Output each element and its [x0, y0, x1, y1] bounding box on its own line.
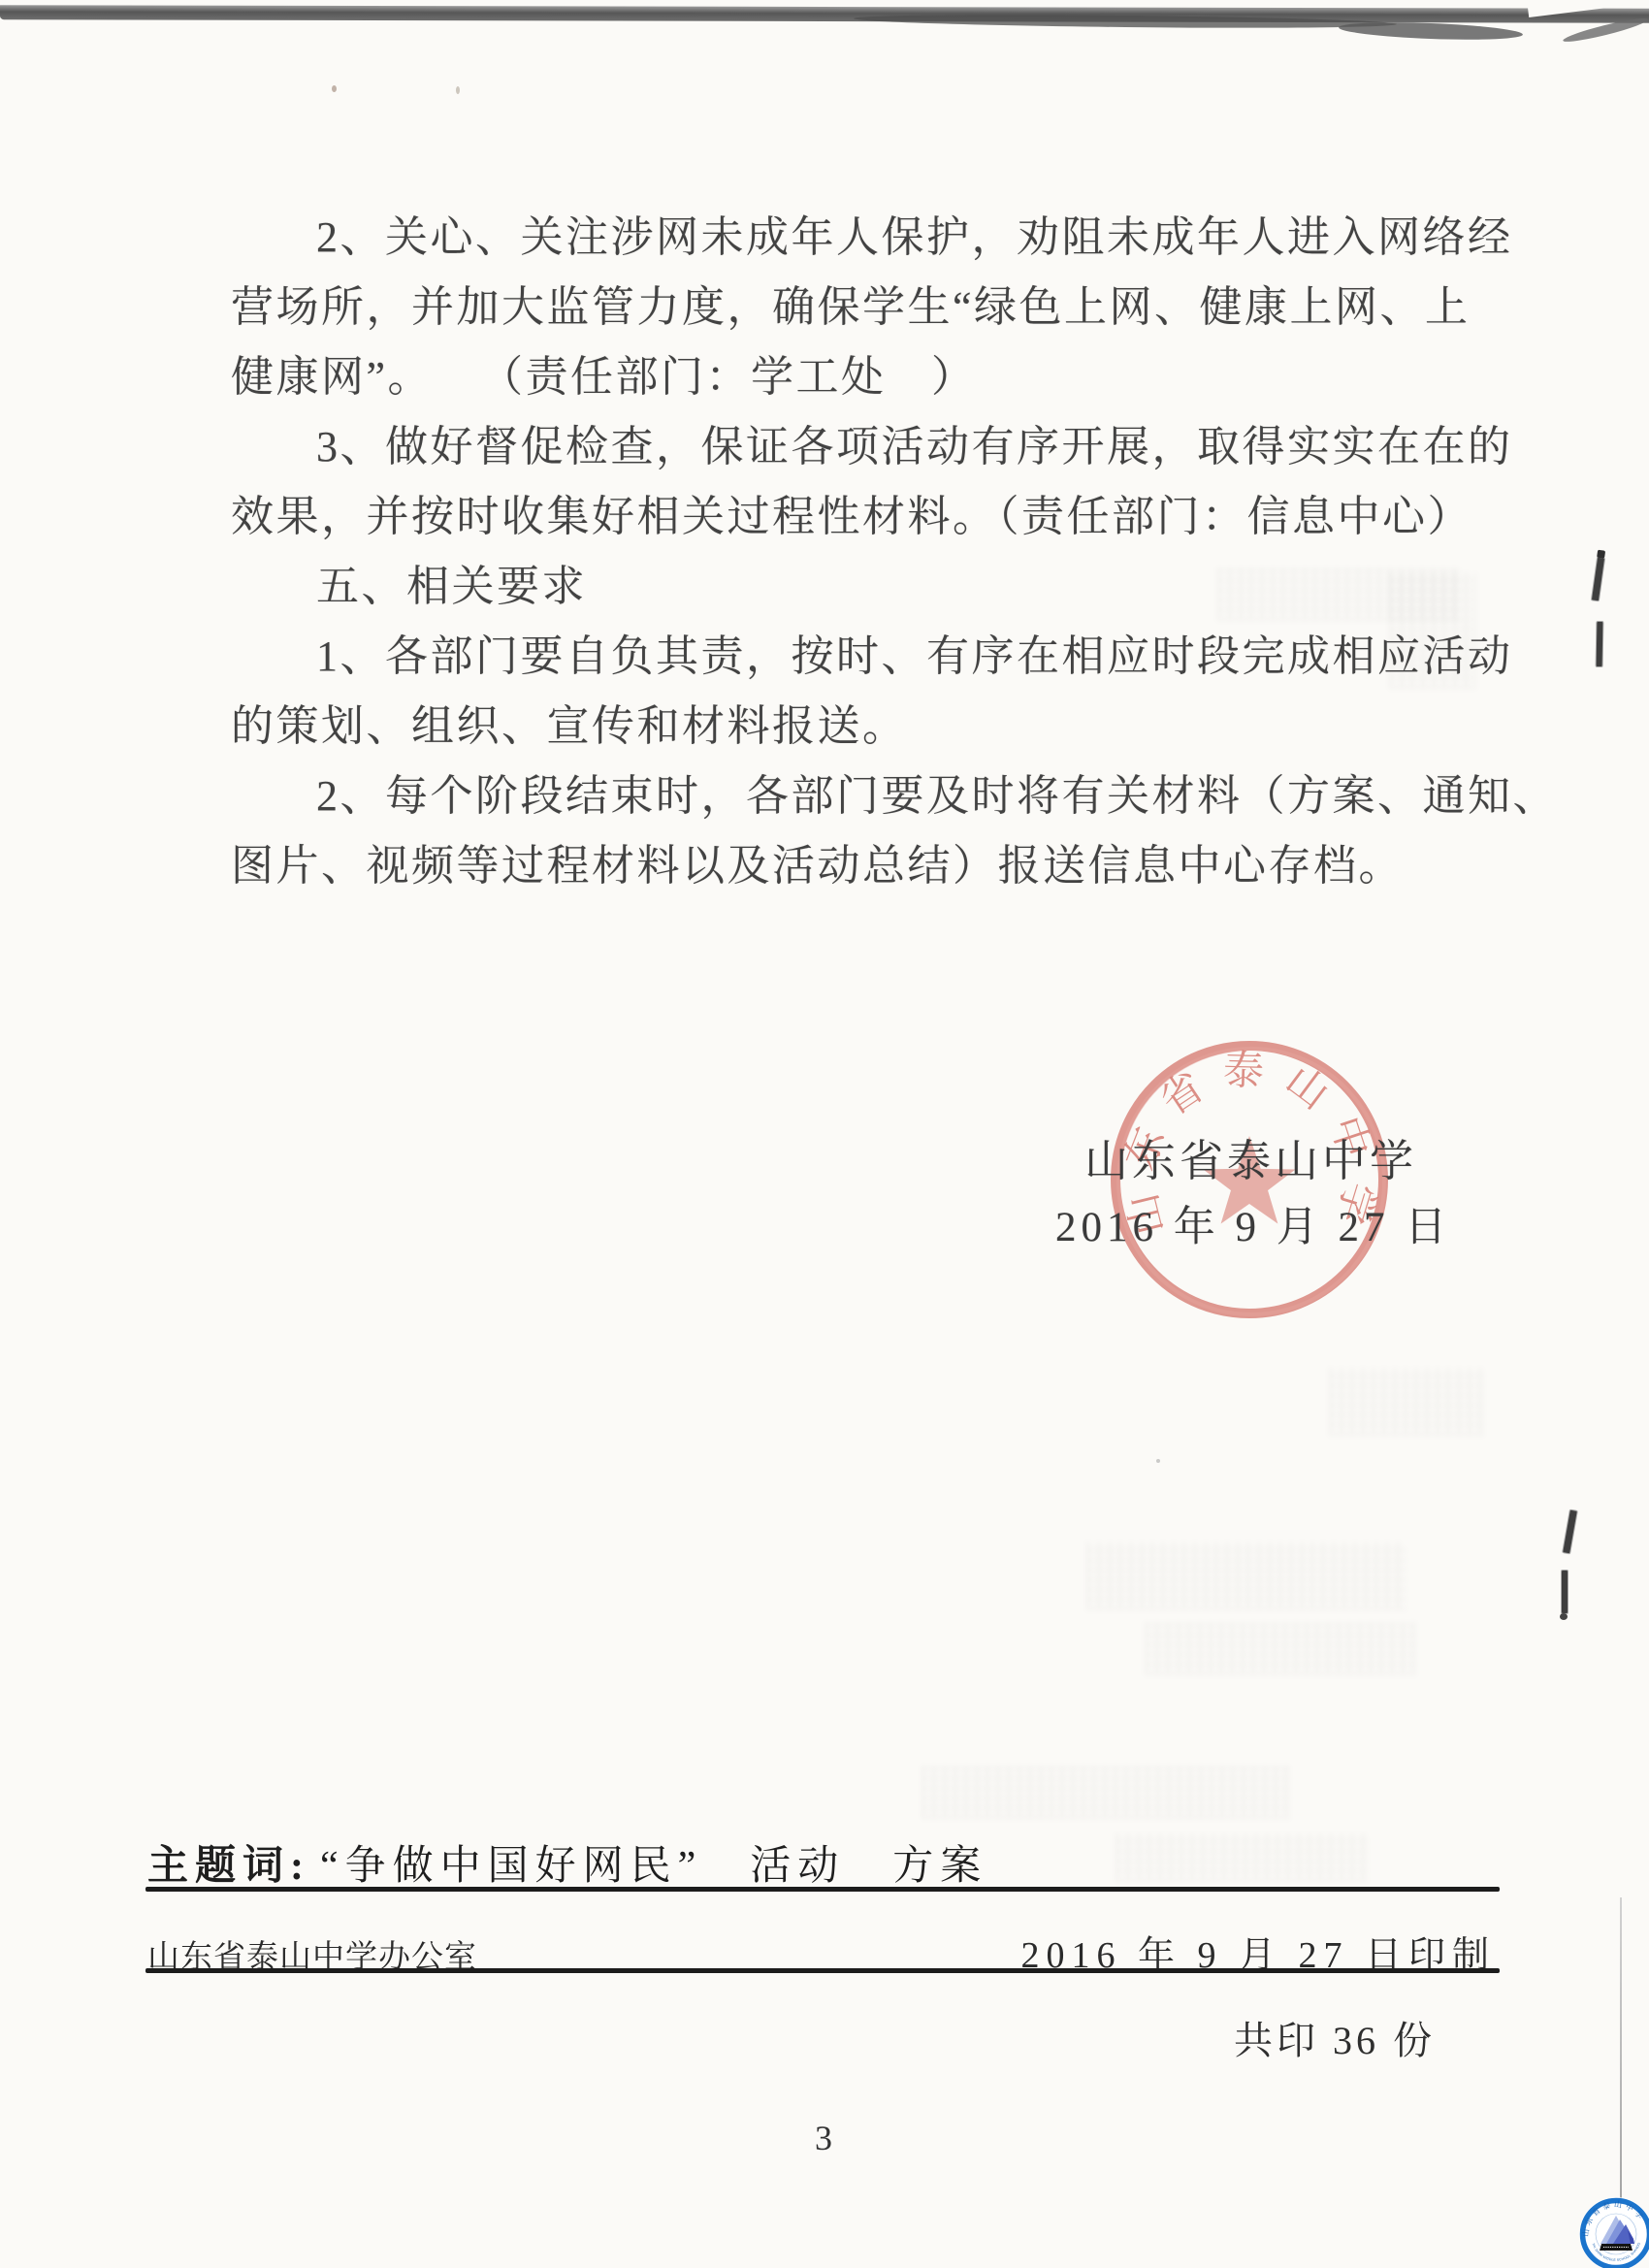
body-line: 健康网”。 （责任部门：学工处 ） [231, 342, 1521, 412]
staple-mark [1561, 1570, 1568, 1614]
subject-text: “争做中国好网民” 活动 方案 [320, 1844, 987, 1889]
subject-keywords-row: 主题词:“争做中国好网民” 活动 方案 [147, 1833, 1505, 1892]
footer-divider [145, 1887, 1500, 1892]
staple-mark [1596, 621, 1604, 667]
bleed-through-ghost [1145, 1622, 1416, 1675]
page-number: 3 [815, 2118, 832, 2158]
paper-speck [332, 85, 337, 92]
bleed-through-ghost [1389, 572, 1476, 689]
scan-thread-line [1620, 1897, 1622, 2200]
signature-date: 2016 年 9 月 27 日 [1055, 1194, 1451, 1253]
body-line: 营场所，并加大监管力度，确保学生“绿色上网、健康上网、上 [231, 273, 1521, 342]
staple-mark [1562, 1509, 1578, 1555]
paper-speck [1156, 1459, 1160, 1463]
body-line: 2、每个阶段结束时，各部门要及时将有关材料（方案、通知、 [231, 761, 1521, 831]
paper-speck [456, 86, 460, 94]
body-line: 1、各部门要自负其责，按时、有序在相应时段完成相应活动 [231, 622, 1521, 692]
body-line: 3、做好督促检查，保证各项活动有序开展，取得实实在在的 [231, 412, 1521, 482]
bleed-through-ghost [1086, 1542, 1406, 1610]
bleed-through-ghost [1329, 1368, 1484, 1436]
body-line: 2、关心、关注涉网未成年人保护，劝阻未成年人进入网络经 [231, 203, 1521, 273]
scanner-edge-band [1339, 19, 1523, 42]
school-logo: 山东省泰山中学 TAI SHAN MIDDLE SCHOOL SHANDONG [1577, 2195, 1649, 2268]
signature-organization: 山东省泰山中学 [1084, 1125, 1417, 1188]
scanner-edge-band [0, 5, 1649, 23]
staple-mark [1591, 557, 1605, 602]
body-line: 图片、视频等过程材料以及活动总结）报送信息中心存档。 [231, 831, 1521, 901]
scanned-document-page: 2、关心、关注涉网未成年人保护，劝阻未成年人进入网络经 营场所，并加大监管力度，… [0, 0, 1649, 2268]
body-line: 效果，并按时收集好相关过程性材料。（责任部门：信息中心） [231, 482, 1521, 552]
footer-divider [145, 1968, 1500, 1973]
body-line: 的策划、组织、宣传和材料报送。 [231, 692, 1521, 761]
subject-label: 主题词: [147, 1844, 310, 1889]
copies-count: 共印 36 份 [1234, 2010, 1436, 2065]
bleed-through-ghost [921, 1766, 1290, 1819]
document-body: 2、关心、关注涉网未成年人保护，劝阻未成年人进入网络经 营场所，并加大监管力度，… [231, 203, 1521, 901]
